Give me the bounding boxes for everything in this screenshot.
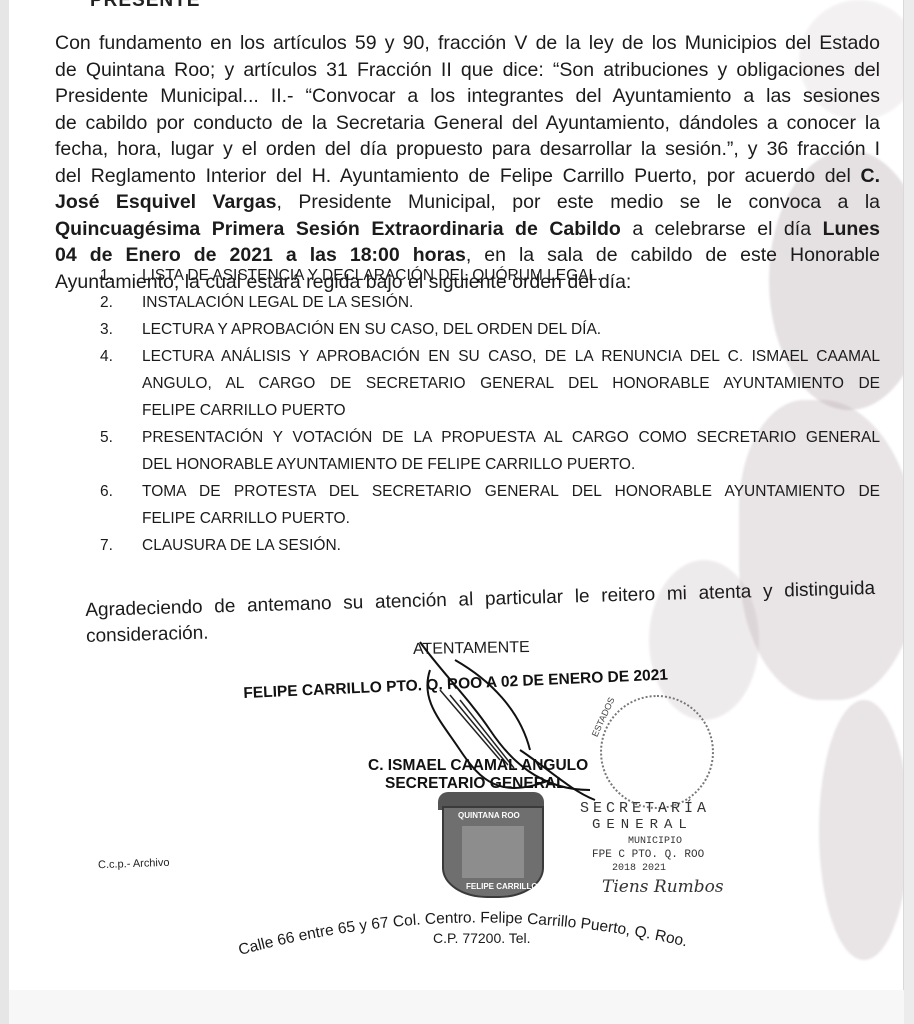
agenda-list: 1.LISTA DE ASISTENCIA Y DECLARACIÓN DEL … <box>100 262 880 559</box>
ccp-note: C.c.p.- Archivo <box>98 857 170 871</box>
paragraph-line: del Reglamento Interior del H. Ayuntamie… <box>55 163 880 190</box>
stamp-line: FPE C PTO. Q. ROO <box>592 849 704 861</box>
bold-text: C. <box>861 165 881 187</box>
paragraph-line: Con fundamento en los artículos 59 y 90,… <box>55 30 880 57</box>
address-line-2: C.P. 77200. Tel. <box>433 930 531 946</box>
agenda-item-text: FELIPE CARRILLO PUERTO. <box>142 505 880 532</box>
emblem-bottom-label: FELIPE CARRILLO <box>466 882 538 891</box>
text-run: del Reglamento Interior del H. Ayuntamie… <box>55 165 861 187</box>
text-run: de Quintana Roo; y artículos 31 Fracción… <box>55 59 880 81</box>
agenda-item-number: 7. <box>100 532 113 559</box>
agenda-item-text: LECTURA Y APROBACIÓN EN SU CASO, DEL ORD… <box>142 316 880 343</box>
agenda-item-number: 2. <box>100 289 113 316</box>
signer-name: C. ISMAEL CAAMAL ANGULO <box>368 757 588 775</box>
agenda-item: 6.TOMA DE PROTESTA DEL SECRETARIO GENERA… <box>100 478 880 532</box>
bold-text: José Esquivel Vargas <box>55 191 277 213</box>
text-run: Con fundamento en los artículos 59 y 90,… <box>55 32 880 54</box>
paragraph-line: de Quintana Roo; y artículos 31 Fracción… <box>55 57 880 84</box>
agenda-item-text: FELIPE CARRILLO PUERTO <box>142 397 880 424</box>
body-paragraph: Con fundamento en los artículos 59 y 90,… <box>55 30 880 295</box>
paragraph-line: de cabildo por conducto de la Secretaria… <box>55 110 880 137</box>
agenda-item: 5.PRESENTACIÓN Y VOTACIÓN DE LA PROPUEST… <box>100 424 880 478</box>
paragraph-line: Quincuagésima Primera Sesión Extraordina… <box>55 216 880 243</box>
agenda-item-text: LISTA DE ASISTENCIA Y DECLARACIÓN DEL QU… <box>142 262 880 289</box>
agenda-item: 1.LISTA DE ASISTENCIA Y DECLARACIÓN DEL … <box>100 262 880 289</box>
agenda-item-number: 4. <box>100 343 113 370</box>
stamp-line: GENERAL <box>592 817 693 833</box>
paragraph-line: Presidente Municipal... II.- “Convocar a… <box>55 83 880 110</box>
paragraph-line: fecha, hora, lugar y el orden del día pr… <box>55 136 880 163</box>
signer-title: SECRETARIO GENERAL <box>385 775 566 793</box>
agenda-item-text: DEL HONORABLE AYUNTAMIENTO DE FELIPE CAR… <box>142 451 880 478</box>
emblem-landscape-icon <box>462 826 524 878</box>
document-heading: PRESENTE <box>90 0 200 12</box>
agenda-item: 2.INSTALACIÓN LEGAL DE LA SESIÓN. <box>100 289 880 316</box>
text-run: de cabildo por conducto de la Secretaria… <box>55 112 880 134</box>
stamp-signature: Tiens Rumbos <box>602 877 724 897</box>
paragraph-line: José Esquivel Vargas, Presidente Municip… <box>55 189 880 216</box>
agenda-item: 3.LECTURA Y APROBACIÓN EN SU CASO, DEL O… <box>100 316 880 343</box>
agenda-item-text: PRESENTACIÓN Y VOTACIÓN DE LA PROPUESTA … <box>142 424 880 451</box>
stamp-line: MUNICIPIO <box>628 836 682 847</box>
bold-text: Lunes <box>823 218 880 240</box>
page-bottom-margin <box>9 990 904 1024</box>
agenda-item-text: LECTURA ANÁLISIS Y APROBACIÓN EN SU CASO… <box>142 343 880 370</box>
agenda-item-text: INSTALACIÓN LEGAL DE LA SESIÓN. <box>142 289 880 316</box>
official-seal-icon <box>600 695 714 809</box>
emblem-top-label: QUINTANA ROO <box>458 811 520 820</box>
left-page-edge <box>0 0 9 1024</box>
stamp-line: SECRETARÍA <box>580 800 710 817</box>
agenda-item-text: TOMA DE PROTESTA DEL SECRETARIO GENERAL … <box>142 478 880 505</box>
agenda-item: 7.CLAUSURA DE LA SESIÓN. <box>100 532 880 559</box>
agenda-item-number: 5. <box>100 424 113 451</box>
agenda-item-text: CLAUSURA DE LA SESIÓN. <box>142 532 880 559</box>
agenda-item-number: 1. <box>100 262 113 289</box>
watermark-shape <box>819 700 904 960</box>
text-run: , Presidente Municipal, por este medio s… <box>277 191 880 213</box>
text-run: Presidente Municipal... II.- “Convocar a… <box>55 85 880 107</box>
text-run: a celebrarse el día <box>621 218 823 240</box>
agenda-item-number: 6. <box>100 478 113 505</box>
text-run: fecha, hora, lugar y el orden del día pr… <box>55 138 880 160</box>
stamp-line: 2018 2021 <box>612 863 666 874</box>
bold-text: Quincuagésima Primera Sesión Extraordina… <box>55 218 621 240</box>
municipal-emblem: QUINTANA ROO FELIPE CARRILLO <box>438 792 544 898</box>
emblem-shield: QUINTANA ROO FELIPE CARRILLO <box>442 806 544 898</box>
agenda-item-number: 3. <box>100 316 113 343</box>
right-page-edge <box>903 0 914 1024</box>
agenda-item: 4.LECTURA ANÁLISIS Y APROBACIÓN EN SU CA… <box>100 343 880 424</box>
agenda-item-text: ANGULO, AL CARGO DE SECRETARIO GENERAL D… <box>142 370 880 397</box>
closing-line: consideración. <box>86 623 209 647</box>
